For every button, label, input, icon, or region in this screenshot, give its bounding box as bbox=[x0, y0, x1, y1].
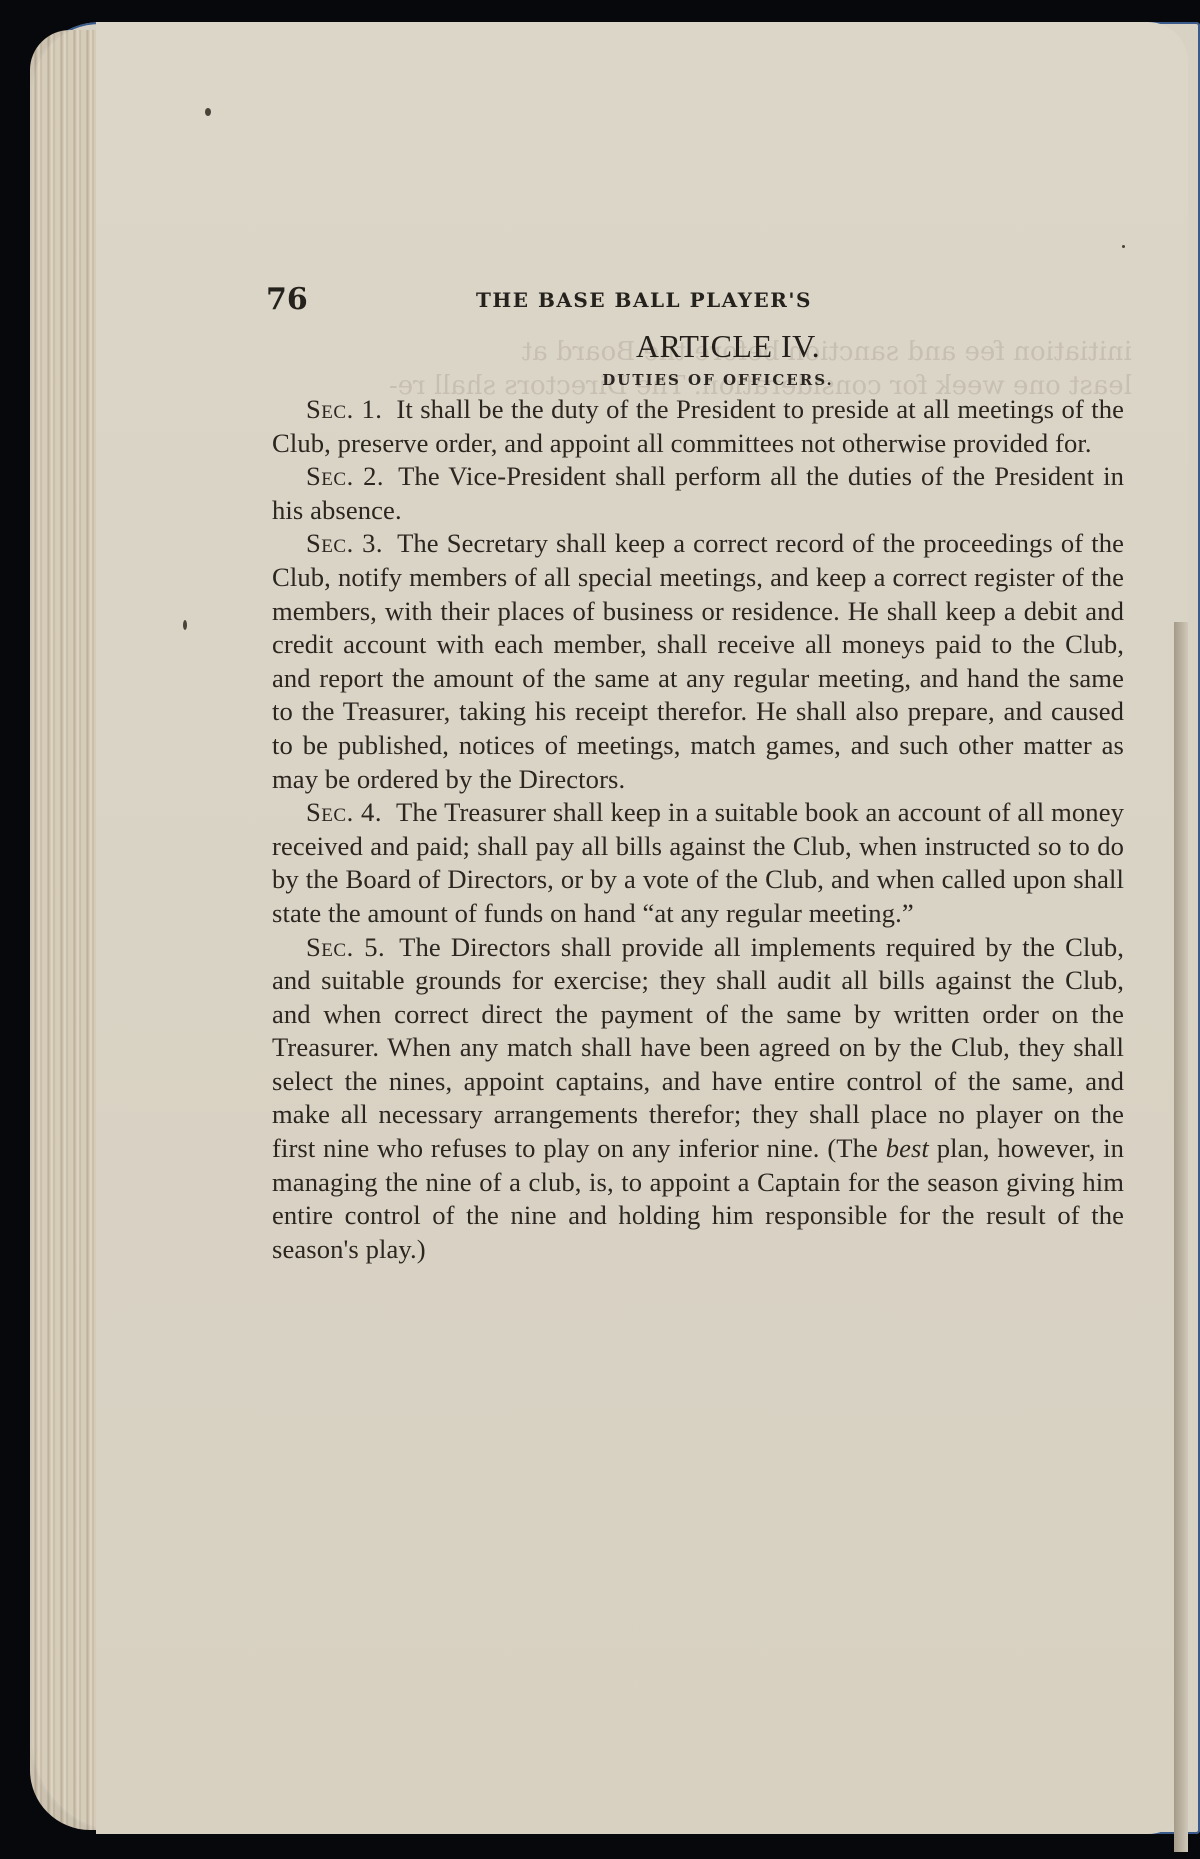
section-5: Sec. 5.The Directors shall provide all i… bbox=[272, 931, 1124, 1267]
section-text: The Treasurer shall keep in a suitable b… bbox=[272, 797, 1124, 928]
section-4: Sec. 4.The Treasurer shall keep in a sui… bbox=[272, 796, 1124, 930]
ink-speck bbox=[1122, 245, 1125, 248]
section-label: Sec. 1. bbox=[306, 394, 382, 424]
facing-page-edge bbox=[1174, 622, 1188, 1852]
section-text-italic: best bbox=[886, 1133, 929, 1163]
section-1: Sec. 1.It shall be the duty of the Presi… bbox=[272, 393, 1124, 460]
section-label: Sec. 5. bbox=[306, 932, 385, 962]
sections: Sec. 1.It shall be the duty of the Presi… bbox=[272, 393, 1124, 1266]
running-head: 76 THE BASE BALL PLAYER'S bbox=[272, 282, 1124, 322]
section-2: Sec. 2.The Vice-President shall perform … bbox=[272, 460, 1124, 527]
page-number: 76 bbox=[266, 282, 308, 317]
section-label: Sec. 3. bbox=[306, 528, 383, 558]
section-3: Sec. 3.The Secretary shall keep a correc… bbox=[272, 527, 1124, 796]
running-title: THE BASE BALL PLAYER'S bbox=[476, 288, 812, 312]
section-label: Sec. 2. bbox=[306, 461, 384, 491]
section-text: The Directors shall provide all implemen… bbox=[272, 932, 1124, 1164]
section-label: Sec. 4. bbox=[306, 797, 382, 827]
ink-speck bbox=[205, 108, 211, 116]
page-text: 76 THE BASE BALL PLAYER'S ARTICLE IV. DU… bbox=[272, 282, 1124, 1266]
section-text: It shall be the duty of the President to… bbox=[272, 394, 1124, 458]
article-title: ARTICLE IV. bbox=[332, 328, 1124, 365]
section-text: The Vice-President shall perform all the… bbox=[272, 461, 1124, 525]
ink-speck bbox=[183, 620, 187, 630]
section-text: The Secretary shall keep a correct recor… bbox=[272, 528, 1124, 793]
book-scan: initiation fee and sanction before the B… bbox=[0, 0, 1200, 1859]
page-edges bbox=[30, 30, 98, 1830]
article-subtitle: DUTIES OF OFFICERS. bbox=[312, 371, 1124, 389]
